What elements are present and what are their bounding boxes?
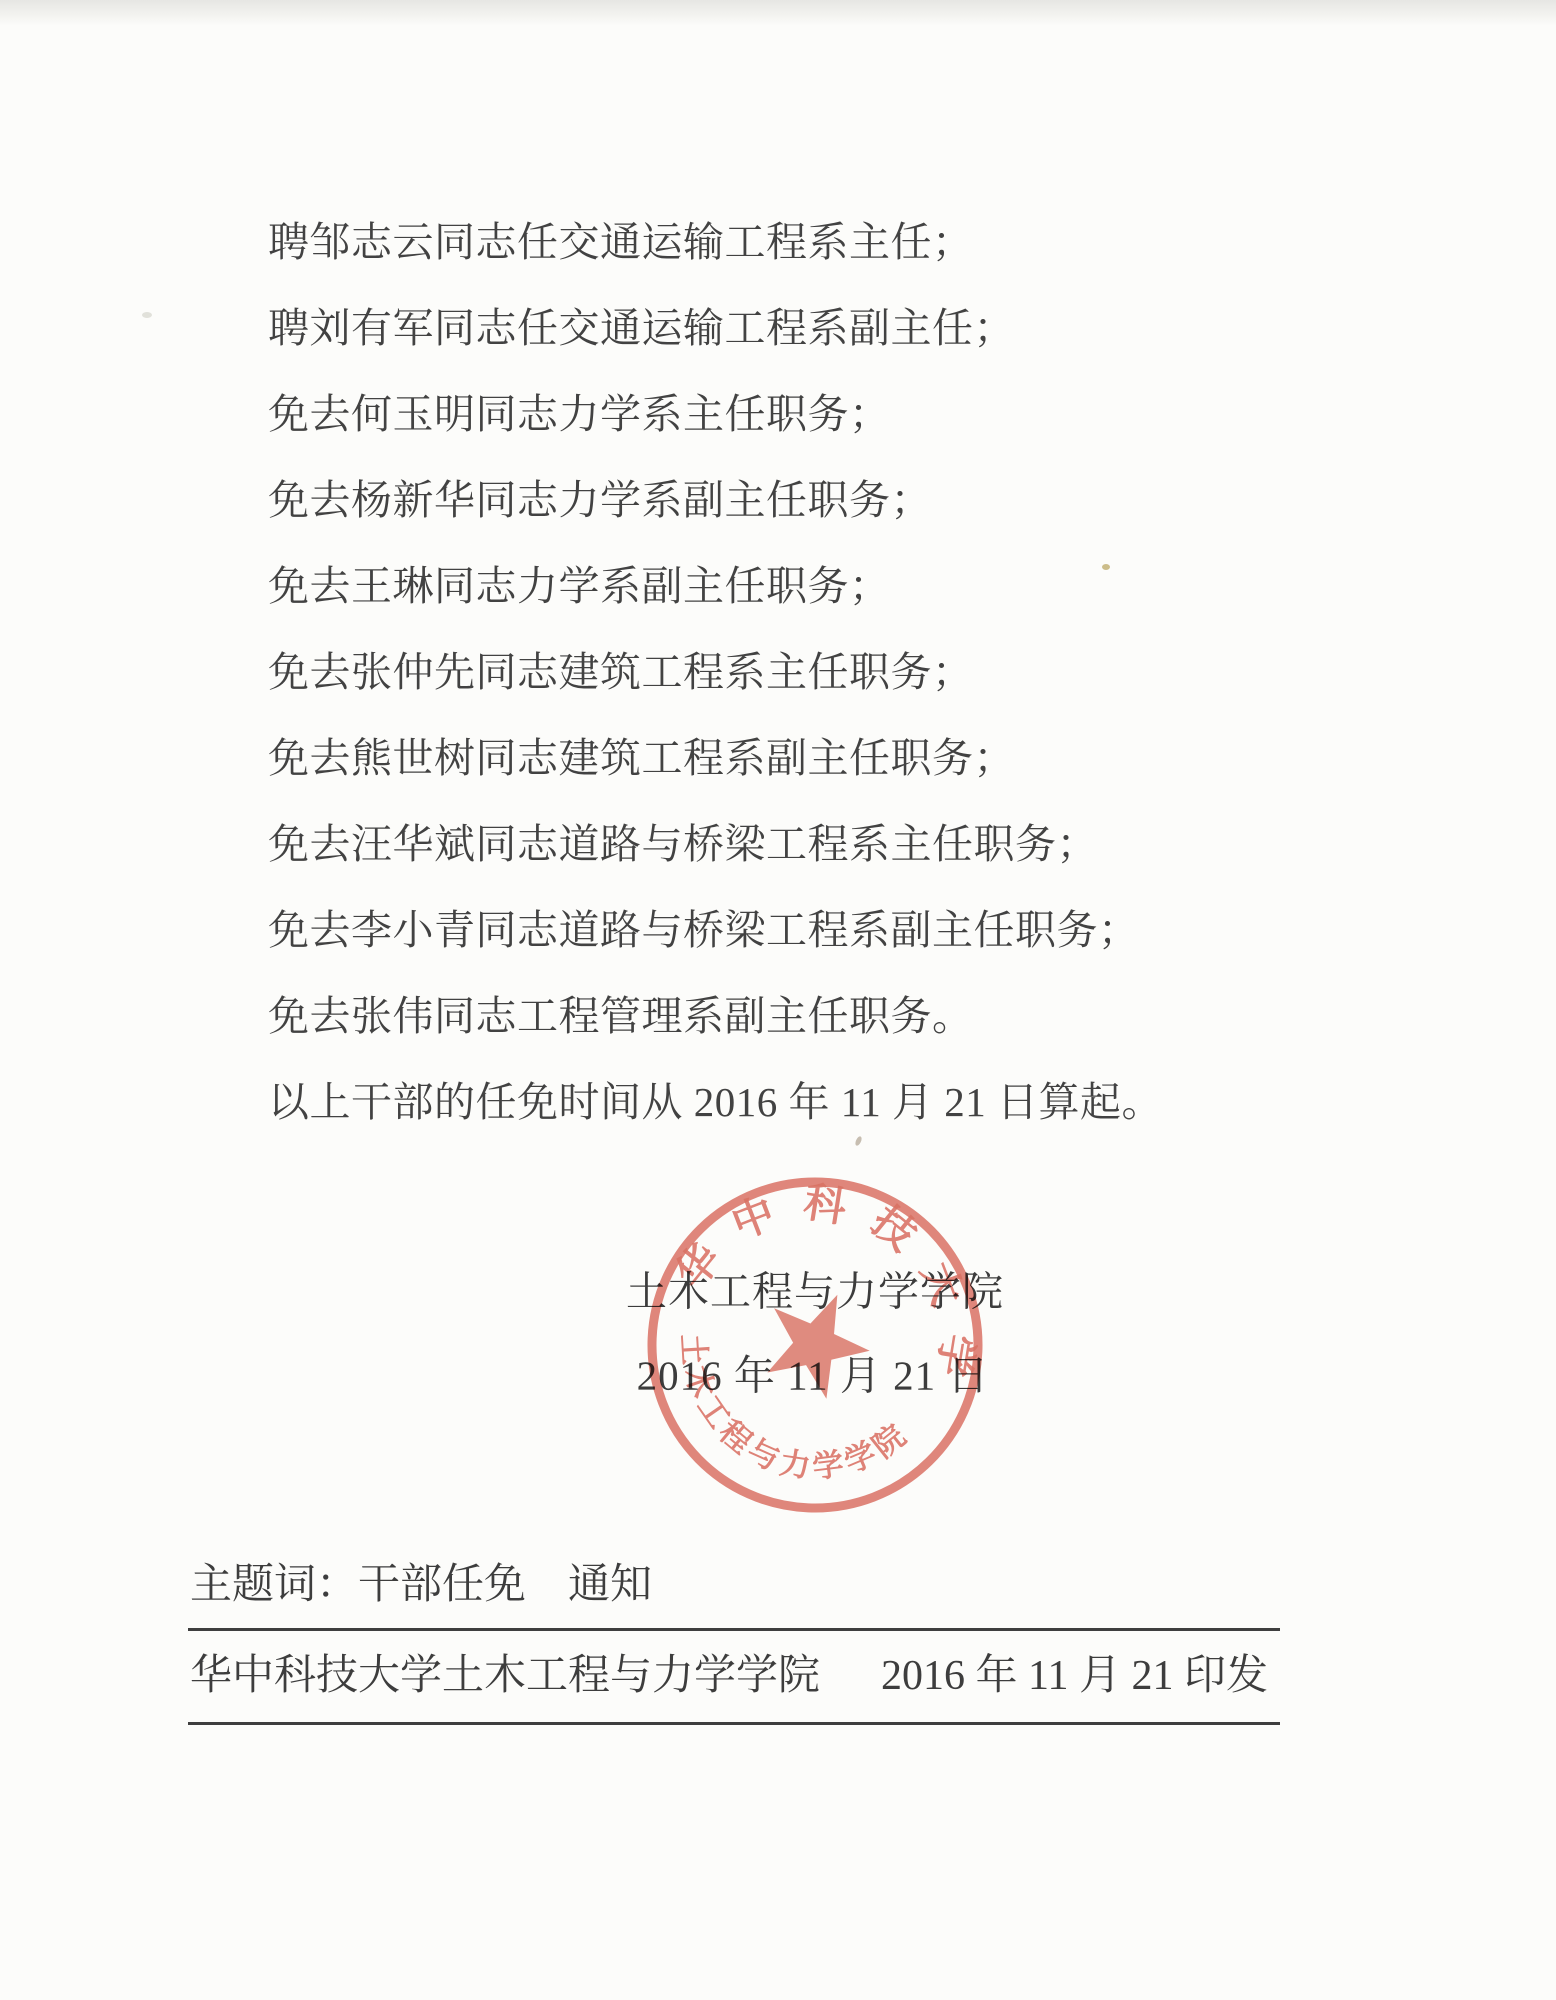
footer-divider-bottom <box>188 1722 1280 1725</box>
footer-print-date: 2016 年 11 月 21 印发 <box>881 1648 1268 1704</box>
subject-keywords-row: 主题词：干部任免通知 <box>190 1557 652 1613</box>
body-line: 聘邹志云同志任交通运输工程系主任； <box>268 199 1418 285</box>
footer-issuer-row: 华中科技大学土木工程与力学学院 2016 年 11 月 21 印发 <box>190 1648 1268 1704</box>
subject-label: 主题词： <box>190 1562 358 1608</box>
footer-issuer: 华中科技大学土木工程与力学学院 <box>190 1648 820 1704</box>
body-line: 免去王琳同志力学系副主任职务； <box>268 543 1418 629</box>
scan-artifact-top-shade <box>0 0 1556 26</box>
body-line: 免去汪华斌同志道路与桥梁工程系主任职务； <box>268 801 1418 887</box>
body-line: 免去李小青同志道路与桥梁工程系副主任职务； <box>268 887 1418 973</box>
body-line: 聘刘有军同志任交通运输工程系副主任； <box>268 285 1418 371</box>
document-body: 聘邹志云同志任交通运输工程系主任； 聘刘有军同志任交通运输工程系副主任； 免去何… <box>268 199 1418 1145</box>
document-page: 聘邹志云同志任交通运输工程系主任； 聘刘有军同志任交通运输工程系副主任； 免去何… <box>0 0 1556 2000</box>
scan-speck <box>1102 564 1110 570</box>
body-line: 以上干部的任免时间从 2016 年 11 月 21 日算起。 <box>268 1059 1418 1145</box>
body-line: 免去杨新华同志力学系副主任职务； <box>268 457 1418 543</box>
subject-type: 通知 <box>568 1562 652 1608</box>
body-line: 免去熊世树同志建筑工程系副主任职务； <box>268 715 1418 801</box>
footer-divider-top <box>188 1628 1280 1631</box>
scan-speck <box>142 312 152 318</box>
body-line: 免去何玉明同志力学系主任职务； <box>268 371 1418 457</box>
official-seal: 华中科技大学 土木工程与力学学院 <box>635 1165 995 1525</box>
subject-keywords: 干部任免 <box>358 1562 526 1608</box>
body-line: 免去张仲先同志建筑工程系主任职务； <box>268 629 1418 715</box>
seal-star-icon <box>749 1273 885 1406</box>
body-line: 免去张伟同志工程管理系副主任职务。 <box>268 973 1418 1059</box>
